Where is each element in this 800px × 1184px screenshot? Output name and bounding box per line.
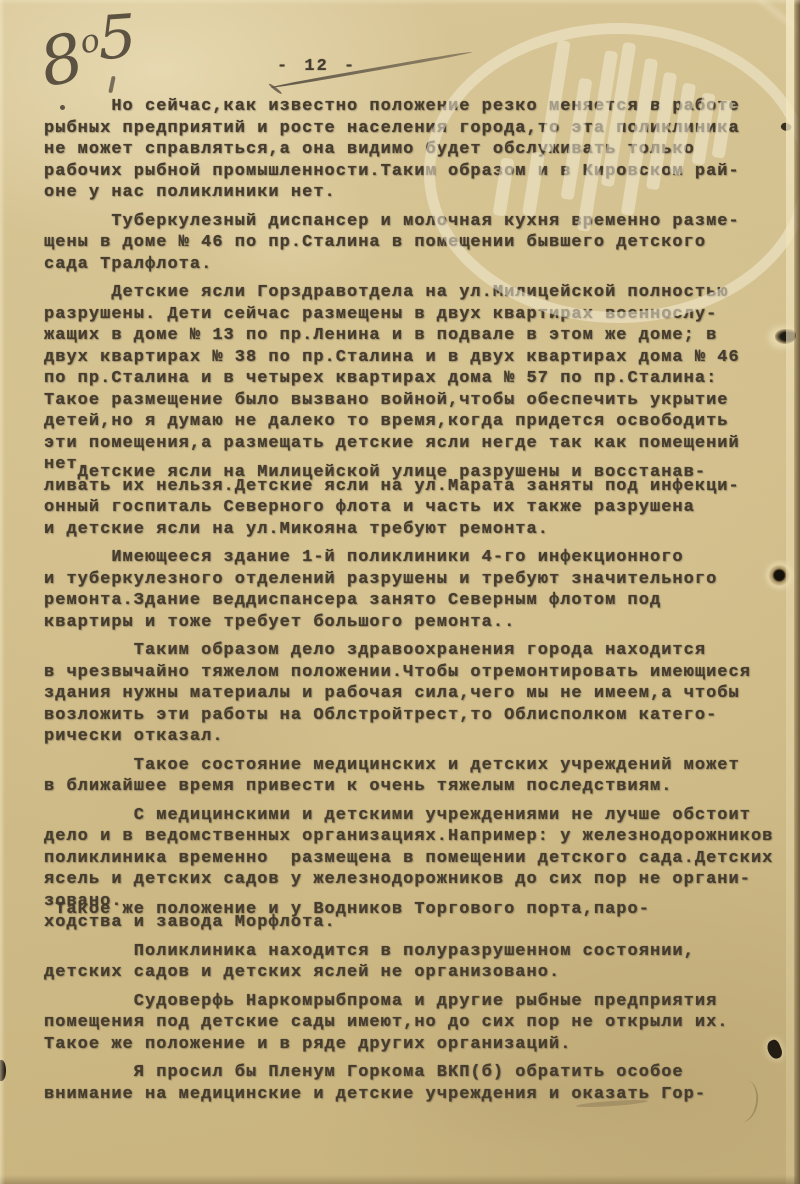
typed-line: детей,но я думаю не далеко то время,когд… <box>44 411 792 433</box>
typed-line: Туберкулезный диспансер и молочная кухня… <box>44 211 792 233</box>
paragraph: Таким образом дело здравоохранения город… <box>44 640 792 748</box>
paragraph: Имеющееся здание 1-й поликлиники 4-го ин… <box>44 547 792 633</box>
typed-line: в чрезвычайно тяжелом положении.Чтобы от… <box>44 662 792 684</box>
typed-line: рически отказал. <box>44 726 792 748</box>
handwritten-page-mark: 8о5 <box>33 6 141 102</box>
typed-line: зовано. Такое же положение и у Водников … <box>44 891 792 913</box>
typed-line: поликлиника временно размещена в помещен… <box>44 848 792 870</box>
typed-line: квартиры и тоже требует большого ремонта… <box>44 612 792 634</box>
typed-line: Имеющееся здание 1-й поликлиники 4-го ин… <box>44 547 792 569</box>
typed-line: Такое же положение и в ряде других орган… <box>44 1034 792 1056</box>
typed-line: ходства и завода Морфлота. <box>44 912 792 934</box>
typed-line: ливать их нельзя.Детские ясли на ул.Мара… <box>44 476 792 498</box>
page-edge <box>0 1175 800 1184</box>
typed-line: возложить эти работы на Облстройтрест,то… <box>44 705 792 727</box>
typed-line: дело и в ведомственных организациях.Напр… <box>44 826 792 848</box>
typed-line: С медицинскими и детскими учреждениями н… <box>44 805 792 827</box>
page-edge <box>794 0 800 1184</box>
paragraph: Туберкулезный диспансер и молочная кухня… <box>44 211 792 276</box>
typed-line: не может справляться,а она видимо будет … <box>44 139 792 161</box>
paragraph: С медицинскими и детскими учреждениями н… <box>44 805 792 934</box>
paragraph: Но сейчас,как известно положение резко м… <box>44 96 792 204</box>
typed-line: Судоверфь Наркомрыбпрома и другие рыбные… <box>44 991 792 1013</box>
typed-line: ремонта.Здание веддиспансера занято Севе… <box>44 590 792 612</box>
typed-text-block: Но сейчас,как известно положение резко м… <box>44 96 792 1112</box>
handwritten-digit: 5 <box>96 2 137 74</box>
typed-line: жащих в доме № 13 по пр.Ленина и в подва… <box>44 325 792 347</box>
paragraph: Поликлиника находится в полуразрушенном … <box>44 941 792 984</box>
typed-line: в ближайшее время привести к очень тяжел… <box>44 776 792 798</box>
typed-line: нет. Детские ясли на Милицейской улице р… <box>44 454 792 476</box>
typed-line: сада Тралфлота. <box>44 254 792 276</box>
typed-line: помещения под детские сады имеют,но до с… <box>44 1012 792 1034</box>
typed-line: рыбных предприятий и росте населения гор… <box>44 118 792 140</box>
typed-line: ясель и детских садов у железнодорожнико… <box>44 869 792 891</box>
typed-line: и детские ясли на ул.Микояна требуют рем… <box>44 519 792 541</box>
typed-line: Поликлиника находится в полуразрушенном … <box>44 941 792 963</box>
page-edge <box>0 0 5 1184</box>
typed-line: оне у нас поликлиники нет. <box>44 182 792 204</box>
typed-line: Детские ясли Горздравотдела на ул.Милице… <box>44 282 792 304</box>
paragraph: Я просил бы Пленум Горкома ВКП(б) обрати… <box>44 1062 792 1105</box>
typed-line: по пр.Сталина и в четырех квартирах дома… <box>44 368 792 390</box>
page-edge <box>0 0 800 5</box>
paragraph: Детские ясли Горздравотдела на ул.Милице… <box>44 282 792 540</box>
typed-line: Такое размещение было вызвано войной,что… <box>44 390 792 412</box>
typed-line: детских садов и детских яслей не организ… <box>44 962 792 984</box>
typed-line: Таким образом дело здравоохранения город… <box>44 640 792 662</box>
document-page: 8о5 - 12 - Но сейчас,как известно положе… <box>0 0 800 1184</box>
typed-line: Такое состояние медицинских и детских уч… <box>44 755 792 777</box>
typed-line: внимание на медицинские и детские учрежд… <box>44 1084 792 1106</box>
typed-line: здания нужны материалы и рабочая сила,че… <box>44 683 792 705</box>
paragraph: Такое состояние медицинских и детских уч… <box>44 755 792 798</box>
typed-line: онный госпиталь Северного флота и часть … <box>44 497 792 519</box>
paragraph: Судоверфь Наркомрыбпрома и другие рыбные… <box>44 991 792 1056</box>
typed-line: разрушены. Дети сейчас размещены в двух … <box>44 304 792 326</box>
typed-line: щены в доме № 46 по пр.Сталина в помещен… <box>44 232 792 254</box>
typed-line: двух квартирах № 38 по пр.Сталина и в дв… <box>44 347 792 369</box>
typed-line: Но сейчас,как известно положение резко м… <box>44 96 792 118</box>
typed-line: рабочих рыбной промышленности.Таким обра… <box>44 161 792 183</box>
typed-line: Я просил бы Пленум Горкома ВКП(б) обрати… <box>44 1062 792 1084</box>
typed-line: и туберкулезного отделений разрушены и т… <box>44 569 792 591</box>
typed-line: эти помещения,а размещать детские ясли н… <box>44 433 792 455</box>
